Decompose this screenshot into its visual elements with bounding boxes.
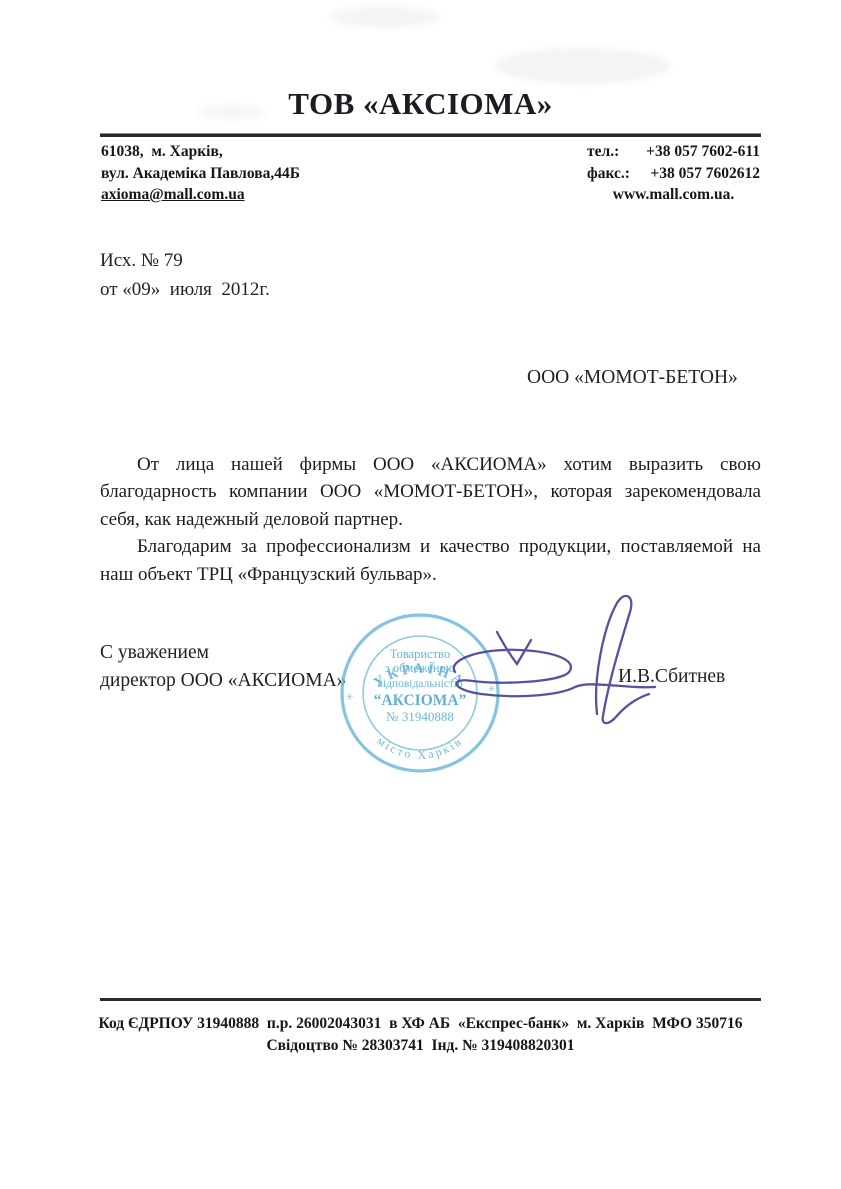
closing-line-1: С уважением [100, 639, 346, 667]
company-title: ТОВ «АКСІОМА» [0, 86, 841, 122]
outgoing-number: Исх. № 79 [100, 247, 270, 276]
scan-smudge [495, 48, 670, 84]
email-link: axioma@mall.com.ua [101, 184, 300, 206]
letter-date: от «09» июля 2012г. [100, 276, 270, 305]
address-block: 61038, м. Харків, вул. Академіка Павлова… [101, 141, 300, 206]
reference-block: Исх. № 79 от «09» июля 2012г. [100, 247, 270, 304]
scan-smudge [330, 6, 440, 28]
phone-label: тел.: [587, 141, 619, 163]
addressee-company: ООО «МОМОТ-БЕТОН» [527, 367, 738, 389]
phone-row: тел.: +38 057 7602-611 [587, 141, 760, 163]
letter-page: ТОВ «АКСІОМА» 61038, м. Харків, вул. Ака… [0, 0, 841, 1189]
signature-check-stroke [497, 632, 531, 664]
handwritten-signature [425, 588, 660, 733]
body-paragraph-2: Благодарим за профессионализм и качество… [100, 533, 761, 588]
body-paragraph-1: От лица нашей фирмы ООО «АКСИОМА» хотим … [100, 451, 761, 533]
footer-bank-details: Код ЄДРПОУ 31940888 п.р. 26002043031 в Х… [0, 1013, 841, 1035]
footer-divider [100, 998, 761, 1001]
footer-block: Код ЄДРПОУ 31940888 п.р. 26002043031 в Х… [0, 1013, 841, 1056]
contacts-block: тел.: +38 057 7602-611 факс.: +38 057 76… [587, 141, 760, 206]
address-line-2: вул. Академіка Павлова,44Б [101, 163, 300, 185]
website-text: www.mall.com.ua. [587, 184, 760, 206]
stamp-asterisk-left: ✳ [346, 692, 354, 702]
fax-value: +38 057 7602612 [650, 163, 760, 185]
fax-row: факс.: +38 057 7602612 [587, 163, 760, 185]
fax-label: факс.: [587, 163, 630, 185]
letter-body: От лица нашей фирмы ООО «АКСИОМА» хотим … [100, 451, 761, 588]
closing-line-2: директор ООО «АКСИОМА» [100, 667, 346, 695]
header-divider [100, 133, 761, 137]
closing-block: С уважением директор ООО «АКСИОМА» [100, 639, 346, 694]
footer-certificate: Свідоцтво № 28303741 Інд. № 319408820301 [0, 1035, 841, 1057]
signature-tall-loop [596, 596, 649, 723]
phone-value: +38 057 7602-611 [646, 141, 760, 163]
signer-name: И.В.Сбитнев [618, 666, 725, 688]
stamp-bottom-arc-text: місто Харків [374, 734, 465, 762]
address-line-1: 61038, м. Харків, [101, 141, 300, 163]
